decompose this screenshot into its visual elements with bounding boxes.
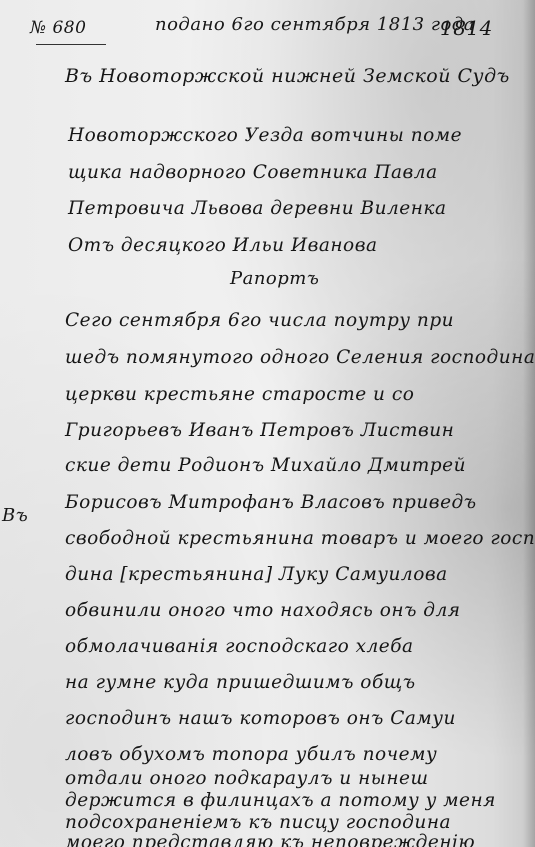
body-line: ловъ обухомъ топора убилъ почему — [65, 744, 437, 765]
body-line: подсохраненіемъ къ писцу господина — [65, 812, 451, 833]
addressee-line: Въ Новоторжской нижней Земской Судъ — [65, 65, 510, 87]
document-page: № 680 подано 6го сентября 1813 года 1814… — [0, 0, 535, 847]
body-line: держится в филинцахъ а потому у меня — [65, 790, 496, 811]
margin-note: Въ — [2, 505, 28, 526]
page-edge-shadow — [523, 0, 535, 847]
body-line: отдали оного подкараулъ и нынеш — [65, 768, 429, 789]
body-line: господинъ нашъ которовъ онъ Самуи — [65, 708, 456, 729]
body-line: обмолачиванія господскаго хлеба — [65, 636, 414, 657]
from-line: Отъ десяцкого Ильи Иванова — [68, 235, 378, 256]
body-line: свободной крестьянина товаръ и моего гос… — [65, 528, 535, 549]
from-line: щика надворного Советника Павла — [68, 162, 438, 183]
from-line: Новоторжского Уезда вотчины поме — [68, 125, 462, 146]
number-underline — [36, 44, 106, 45]
body-line: обвинили оного что находясь онъ для — [65, 600, 461, 621]
body-line: Сего сентября 6го числа поутру при — [65, 310, 454, 331]
body-line: ские дети Родионъ Михайло Дмитрей — [65, 455, 466, 476]
body-line: Борисовъ Митрофанъ Власовъ приведъ — [65, 492, 477, 513]
body-line: Григорьевъ Иванъ Петровъ Листвин — [65, 420, 454, 441]
document-title: Рапортъ — [230, 268, 319, 289]
body-line: моего представляю къ неповрежденію — [65, 832, 475, 847]
body-line: на гумне куда пришедшимъ общъ — [65, 672, 416, 693]
body-line: церкви крестьяне старосте и со — [65, 384, 414, 405]
year-mark: 1814 — [440, 16, 493, 40]
from-line: Петровича Львова деревни Виленка — [68, 198, 447, 219]
document-number: № 680 — [30, 18, 86, 38]
submission-date: подано 6го сентября 1813 года — [155, 14, 475, 35]
body-line: дина [крестьянина] Луку Самуилова — [65, 564, 448, 585]
body-line: шедъ помянутого одного Селения господина — [65, 347, 535, 368]
